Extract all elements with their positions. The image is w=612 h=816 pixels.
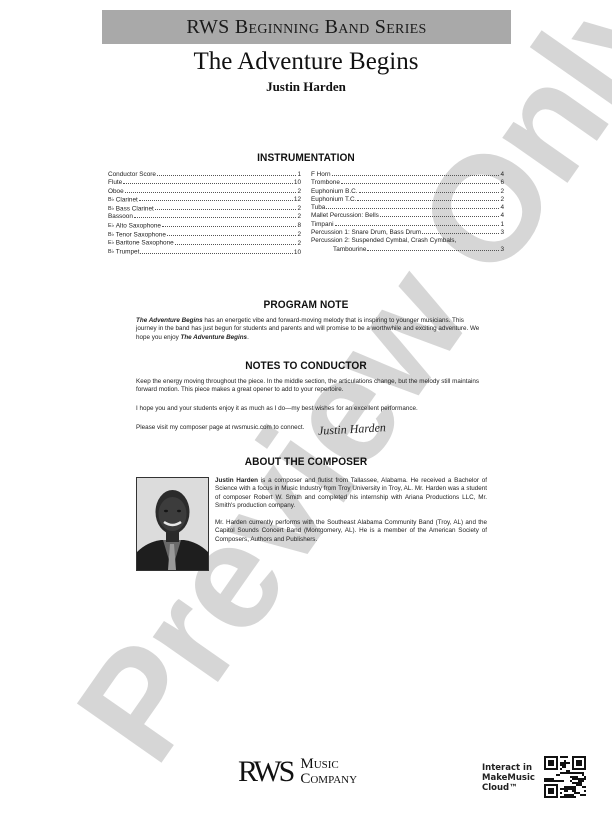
- dot-leader: [380, 216, 500, 217]
- instrument-row: Euphonium B.C.2: [311, 188, 504, 196]
- instrument-quantity: 2: [500, 188, 504, 196]
- piece-title: The Adventure Begins: [0, 48, 612, 76]
- instrument-name: Percussion 2: Suspended Cymbal, Crash Cy…: [311, 237, 504, 245]
- instrument-name: E♭ Alto Saxophone: [108, 222, 161, 231]
- instrument-row: Conductor Score1: [108, 171, 301, 179]
- instrument-row: Euphonium T.C.2: [311, 196, 504, 204]
- instrument-name: Oboe: [108, 188, 124, 196]
- instrument-quantity: 2: [297, 213, 301, 221]
- dot-leader: [357, 200, 499, 201]
- instrument-name: Flute: [108, 179, 122, 187]
- dot-leader: [125, 192, 297, 193]
- instrument-quantity: 3: [500, 246, 504, 254]
- dot-leader: [422, 233, 499, 234]
- instrumentation-heading: INSTRUMENTATION: [24, 152, 587, 164]
- instrument-row: B♭ Clarinet12: [108, 196, 301, 205]
- instrument-name: B♭ Trumpet: [108, 248, 139, 257]
- dot-leader: [359, 192, 500, 193]
- composer-bio-name: Justin Harden: [215, 477, 258, 484]
- instrument-name: Euphonium T.C.: [311, 196, 356, 204]
- conductor-note-p2: I hope you and your students enjoy it as…: [136, 405, 482, 413]
- qr-code-icon[interactable]: [544, 756, 586, 798]
- instrument-name: E♭ Baritone Saxophone: [108, 239, 174, 248]
- instrument-row: Tambourine3: [311, 246, 504, 254]
- rws-logo-mark: RWS: [238, 755, 292, 789]
- instrument-name: Euphonium B.C.: [311, 188, 358, 196]
- dot-leader: [341, 183, 500, 184]
- about-composer-heading: ABOUT THE COMPOSER: [24, 456, 587, 468]
- instrument-quantity: 1: [500, 221, 504, 229]
- dot-leader: [335, 225, 500, 226]
- conductor-note-p1: Keep the energy moving throughout the pi…: [136, 378, 482, 395]
- composer-signature: Justin Harden: [318, 420, 387, 439]
- program-note-text: The Adventure Begins has an energetic vi…: [136, 317, 482, 342]
- instrument-row: B♭ Tenor Saxophone2: [108, 231, 301, 240]
- instrument-name: Conductor Score: [108, 171, 156, 179]
- instrument-quantity: 4: [500, 171, 504, 179]
- instrument-quantity: 2: [297, 231, 301, 239]
- series-banner: RWS Beginning Band Series: [102, 10, 511, 44]
- composer-photo: [136, 477, 209, 571]
- dot-leader: [167, 235, 297, 236]
- instrument-quantity: 10: [294, 179, 301, 187]
- instrument-quantity: 1: [297, 171, 301, 179]
- dot-leader: [157, 175, 296, 176]
- instrument-name: Tuba: [311, 204, 325, 212]
- instrument-quantity: 10: [294, 249, 301, 257]
- instrument-quantity: 4: [500, 204, 504, 212]
- instrument-name: B♭ Tenor Saxophone: [108, 231, 166, 240]
- conductor-note-p3: Please visit my composer page at rwsmusi…: [136, 424, 336, 432]
- instrument-quantity: 3: [500, 229, 504, 237]
- rws-logo-wordmark: Music Company: [300, 757, 357, 787]
- instrument-row: B♭ Bass Clarinet2: [108, 205, 301, 214]
- instrument-name: Bassoon: [108, 213, 133, 221]
- instrument-name: B♭ Clarinet: [108, 196, 138, 205]
- instrument-row: E♭ Baritone Saxophone2: [108, 239, 301, 248]
- instrument-name: Trombone: [311, 179, 340, 187]
- dot-leader: [134, 217, 297, 218]
- dot-leader: [140, 253, 293, 254]
- instrument-row: Percussion 2: Suspended Cymbal, Crash Cy…: [311, 237, 504, 245]
- instrument-row: Mallet Percussion: Bells4: [311, 212, 504, 220]
- instrument-row: B♭ Trumpet10: [108, 248, 301, 257]
- instrument-quantity: 8: [297, 222, 301, 230]
- instrument-name: Mallet Percussion: Bells: [311, 212, 379, 220]
- program-note-heading: PROGRAM NOTE: [24, 299, 587, 311]
- instrument-name: F Horn: [311, 171, 331, 179]
- instrument-row: F Horn4: [311, 171, 504, 179]
- program-note-title-ref-2: The Adventure Begins: [180, 334, 247, 341]
- dot-leader: [326, 208, 499, 209]
- instrument-row: Tuba4: [311, 204, 504, 212]
- dot-leader: [332, 175, 500, 176]
- instrument-row: E♭ Alto Saxophone8: [108, 222, 301, 231]
- instrument-quantity: 6: [500, 179, 504, 187]
- program-note-title-ref: The Adventure Begins: [136, 317, 203, 324]
- instrument-name: Percussion 1: Snare Drum, Bass Drum: [311, 229, 421, 237]
- rws-music-company-logo: RWS Music Company: [238, 755, 357, 789]
- instrumentation-right-column: F Horn4Trombone6Euphonium B.C.2Euphonium…: [311, 171, 504, 254]
- instrument-row: Flute10: [108, 179, 301, 187]
- dot-leader: [162, 226, 297, 227]
- dot-leader: [123, 183, 293, 184]
- composer-name: Justin Harden: [0, 79, 612, 95]
- instrument-row: Oboe2: [108, 188, 301, 196]
- instrument-quantity: 2: [297, 188, 301, 196]
- dot-leader: [175, 244, 297, 245]
- instrumentation-left-column: Conductor Score1Flute10Oboe2B♭ Clarinet1…: [108, 171, 301, 257]
- instrument-quantity: 4: [500, 212, 504, 220]
- instrument-row: Percussion 1: Snare Drum, Bass Drum3: [311, 229, 504, 237]
- instrument-row: Timpani1: [311, 221, 504, 229]
- instrument-quantity: 12: [294, 196, 301, 204]
- series-name: RWS Beginning Band Series: [186, 16, 426, 39]
- instrument-name: Tambourine: [311, 246, 366, 254]
- composer-bio-p2: Mr. Harden currently performs with the S…: [215, 519, 487, 544]
- instrument-quantity: 2: [297, 205, 301, 213]
- makemusic-cloud-label: Interact in MakeMusic Cloud™: [482, 763, 535, 793]
- instrument-name: B♭ Bass Clarinet: [108, 205, 154, 214]
- instrument-quantity: 2: [297, 240, 301, 248]
- instrument-row: Bassoon2: [108, 213, 301, 221]
- dot-leader: [367, 250, 499, 251]
- instrument-quantity: 2: [500, 196, 504, 204]
- dot-leader: [155, 209, 297, 210]
- notes-to-conductor-heading: NOTES TO CONDUCTOR: [24, 360, 587, 372]
- dot-leader: [139, 200, 293, 201]
- instrument-row: Trombone6: [311, 179, 504, 187]
- composer-bio-p1: Justin Harden is a composer and flutist …: [215, 477, 487, 511]
- instrument-name: Timpani: [311, 221, 334, 229]
